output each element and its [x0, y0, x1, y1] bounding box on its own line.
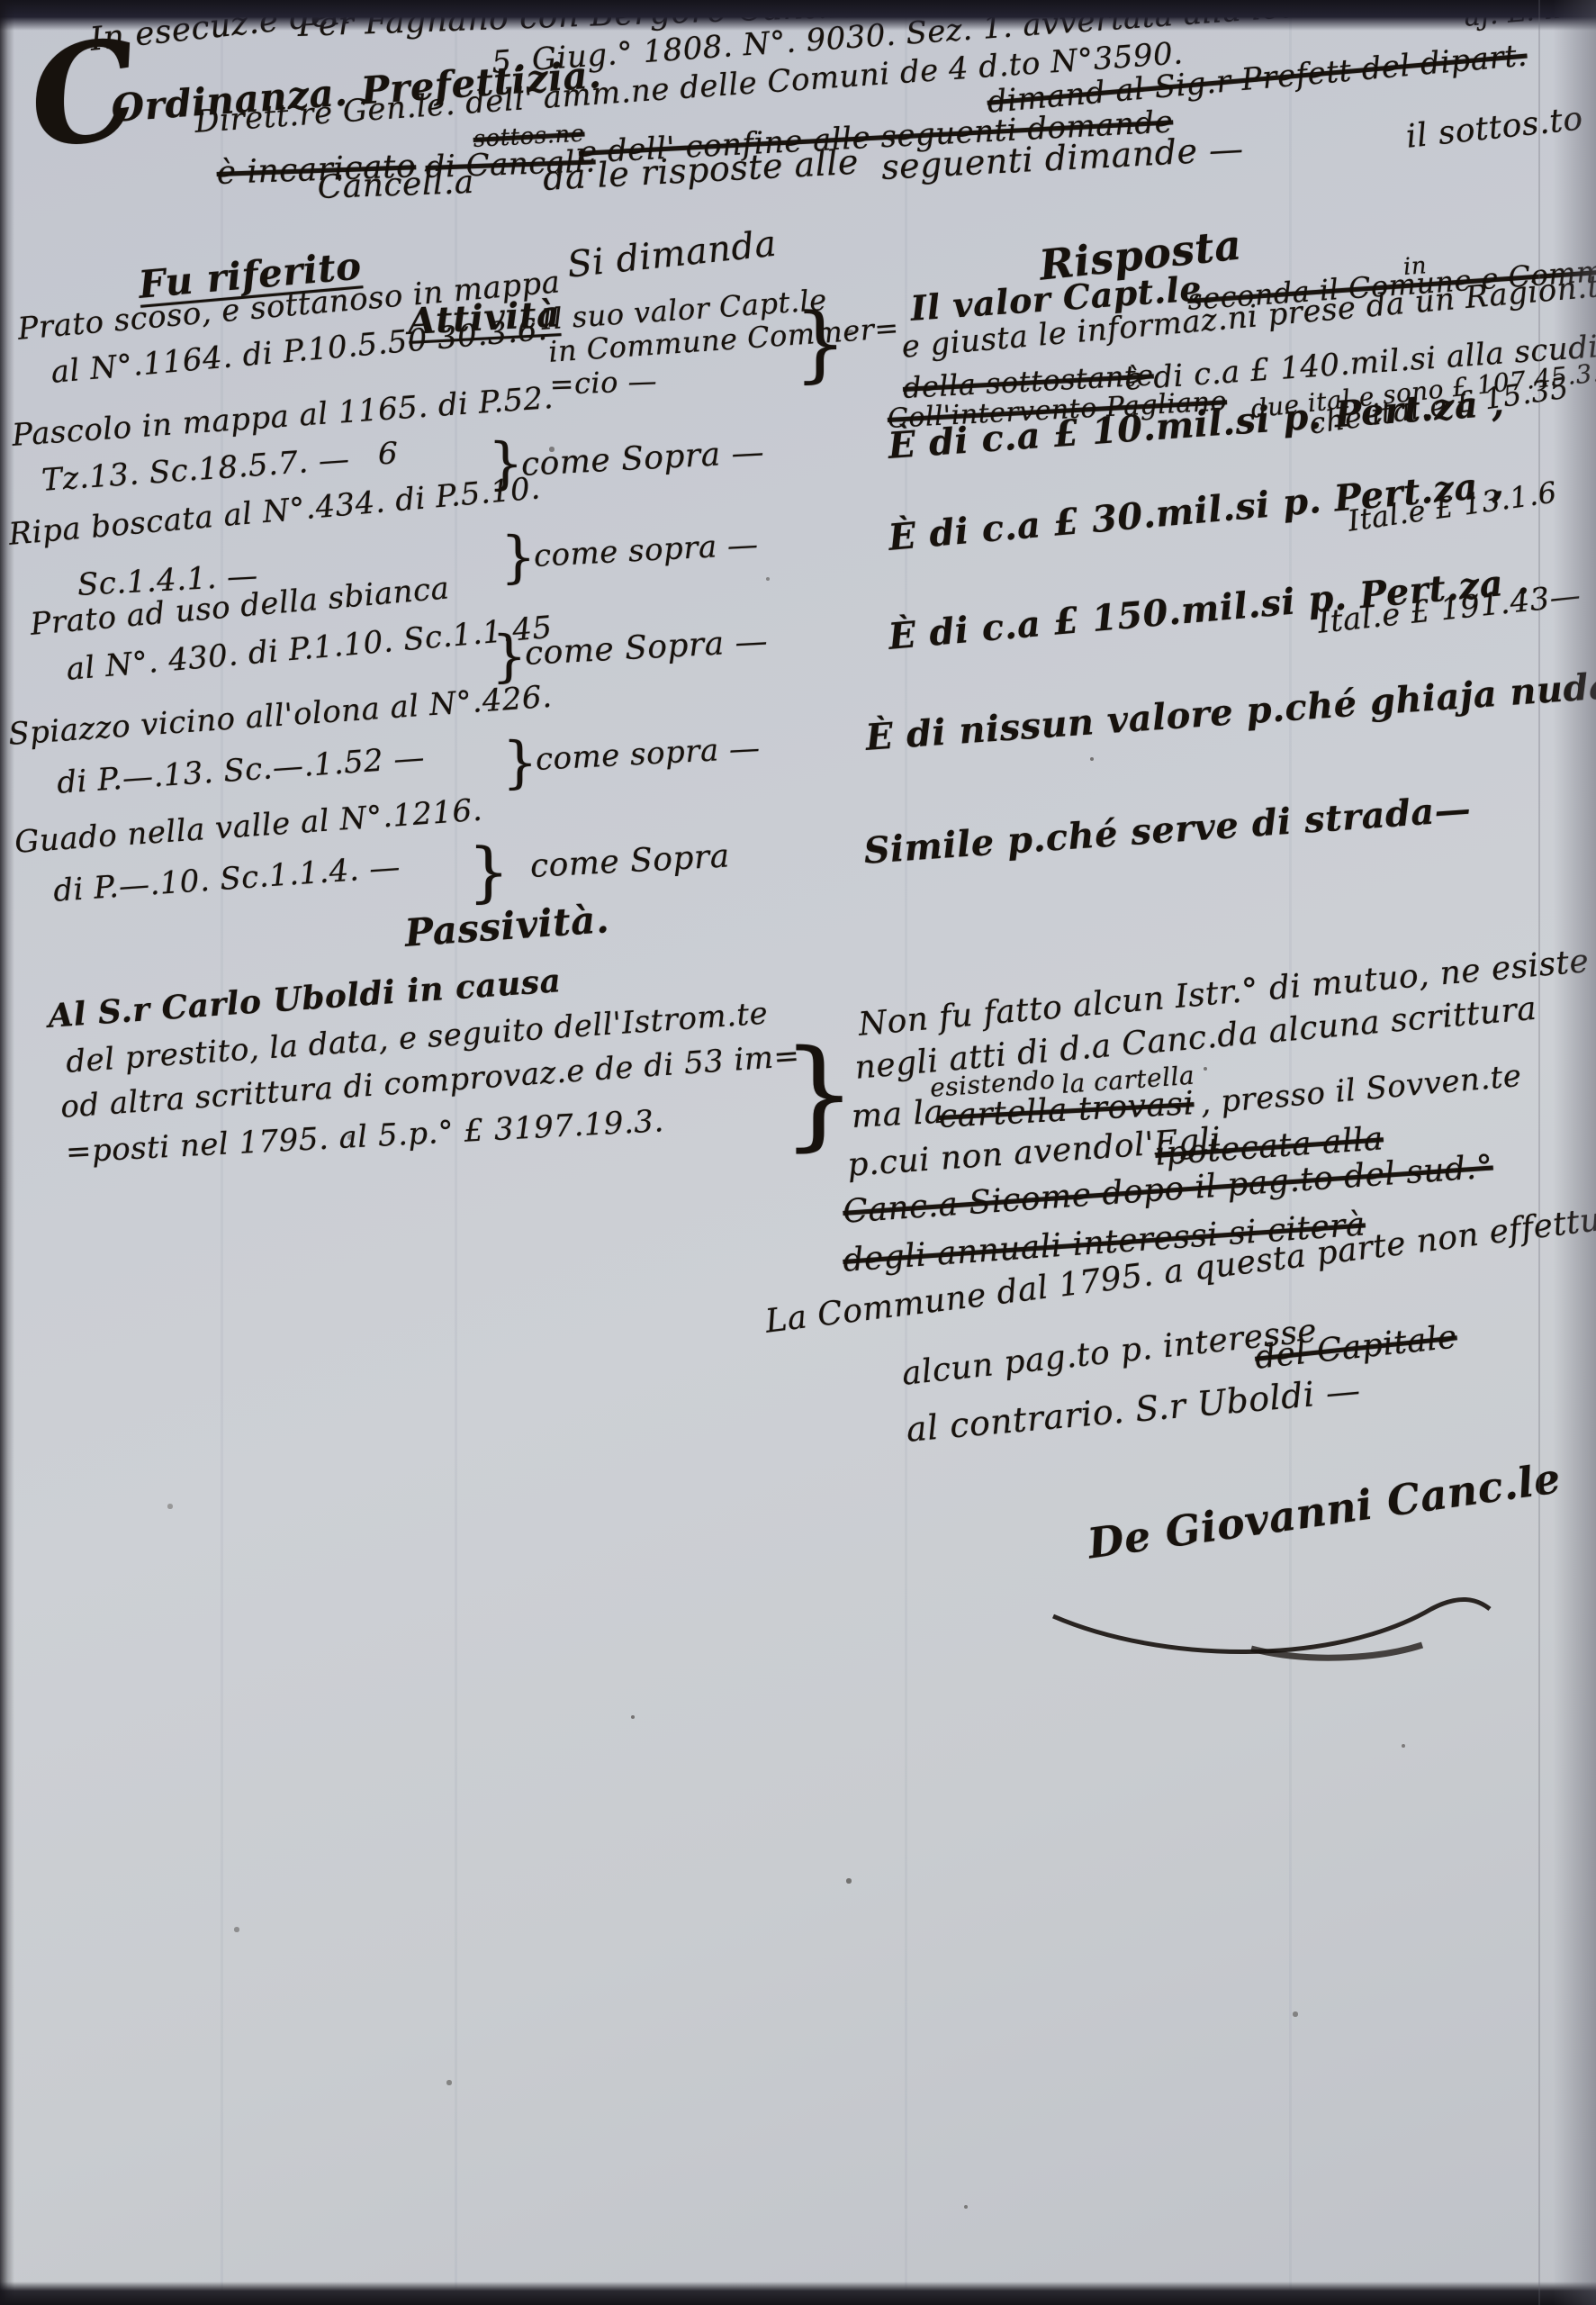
- scan-edge-bottom: [0, 2282, 1596, 2305]
- entry4-brace: }: [491, 623, 527, 689]
- passivita-response: ma la: [851, 1094, 945, 1135]
- scan-edge-left: [0, 0, 14, 2305]
- entry2-left: Pascolo in mappa al 1165. di P.52.: [11, 380, 555, 454]
- entry5-left: di P.—.13. Sc.—.1.52 —: [56, 739, 426, 800]
- entry6-response: Simile p.ché serve di strada—: [862, 788, 1473, 872]
- entry4-question: come Sopra —: [524, 623, 769, 673]
- column-header-si-dimanda: Si dimanda: [565, 223, 779, 286]
- entry1-brace: }: [794, 295, 847, 392]
- entry5-brace: }: [502, 729, 537, 795]
- entry2-left: 6: [378, 436, 398, 472]
- entry5-question: come sopra —: [535, 730, 761, 778]
- entry1-response-inserted: in: [1402, 252, 1428, 281]
- entry6-question: come Sopra: [529, 837, 731, 885]
- signature: De Giovanni Canc.le: [1085, 1453, 1564, 1568]
- manuscript-page: In esecuz.e dell'CPer Fagnano con Bergor…: [0, 0, 1596, 2305]
- paper-crease: [1538, 0, 1540, 2305]
- scan-edge-top: [0, 0, 1596, 31]
- entry1-question: =cio —: [549, 364, 658, 402]
- entry6-brace: }: [468, 834, 509, 909]
- passivita-response: , presso il Sovven.te: [1199, 1058, 1523, 1122]
- entry3-question: come sopra —: [533, 527, 759, 574]
- entry5-response: È di nissun valore p.ché ghiaja nuda: [864, 664, 1596, 759]
- handwriting-layer: In esecuz.e dell'CPer Fagnano con Bergor…: [0, 0, 1596, 2305]
- entry6-left: Guado nella valle al N°.1216.: [14, 792, 483, 861]
- signature-flourish: [1035, 1562, 1503, 1679]
- passivita-brace: }: [781, 1025, 857, 1163]
- entry2-question: come Sopra —: [520, 434, 765, 484]
- entry5-left: Spiazzo vicino all'olona al N°.426.: [7, 679, 554, 753]
- entry6-left: di P.—.10. Sc.1.1.4. —: [52, 849, 401, 909]
- header-line: Cancell.a: [317, 164, 474, 206]
- entry3-brace: }: [500, 524, 536, 590]
- section-header-passivita: Passività.: [403, 897, 610, 955]
- scan-edge-right: [1553, 0, 1596, 2305]
